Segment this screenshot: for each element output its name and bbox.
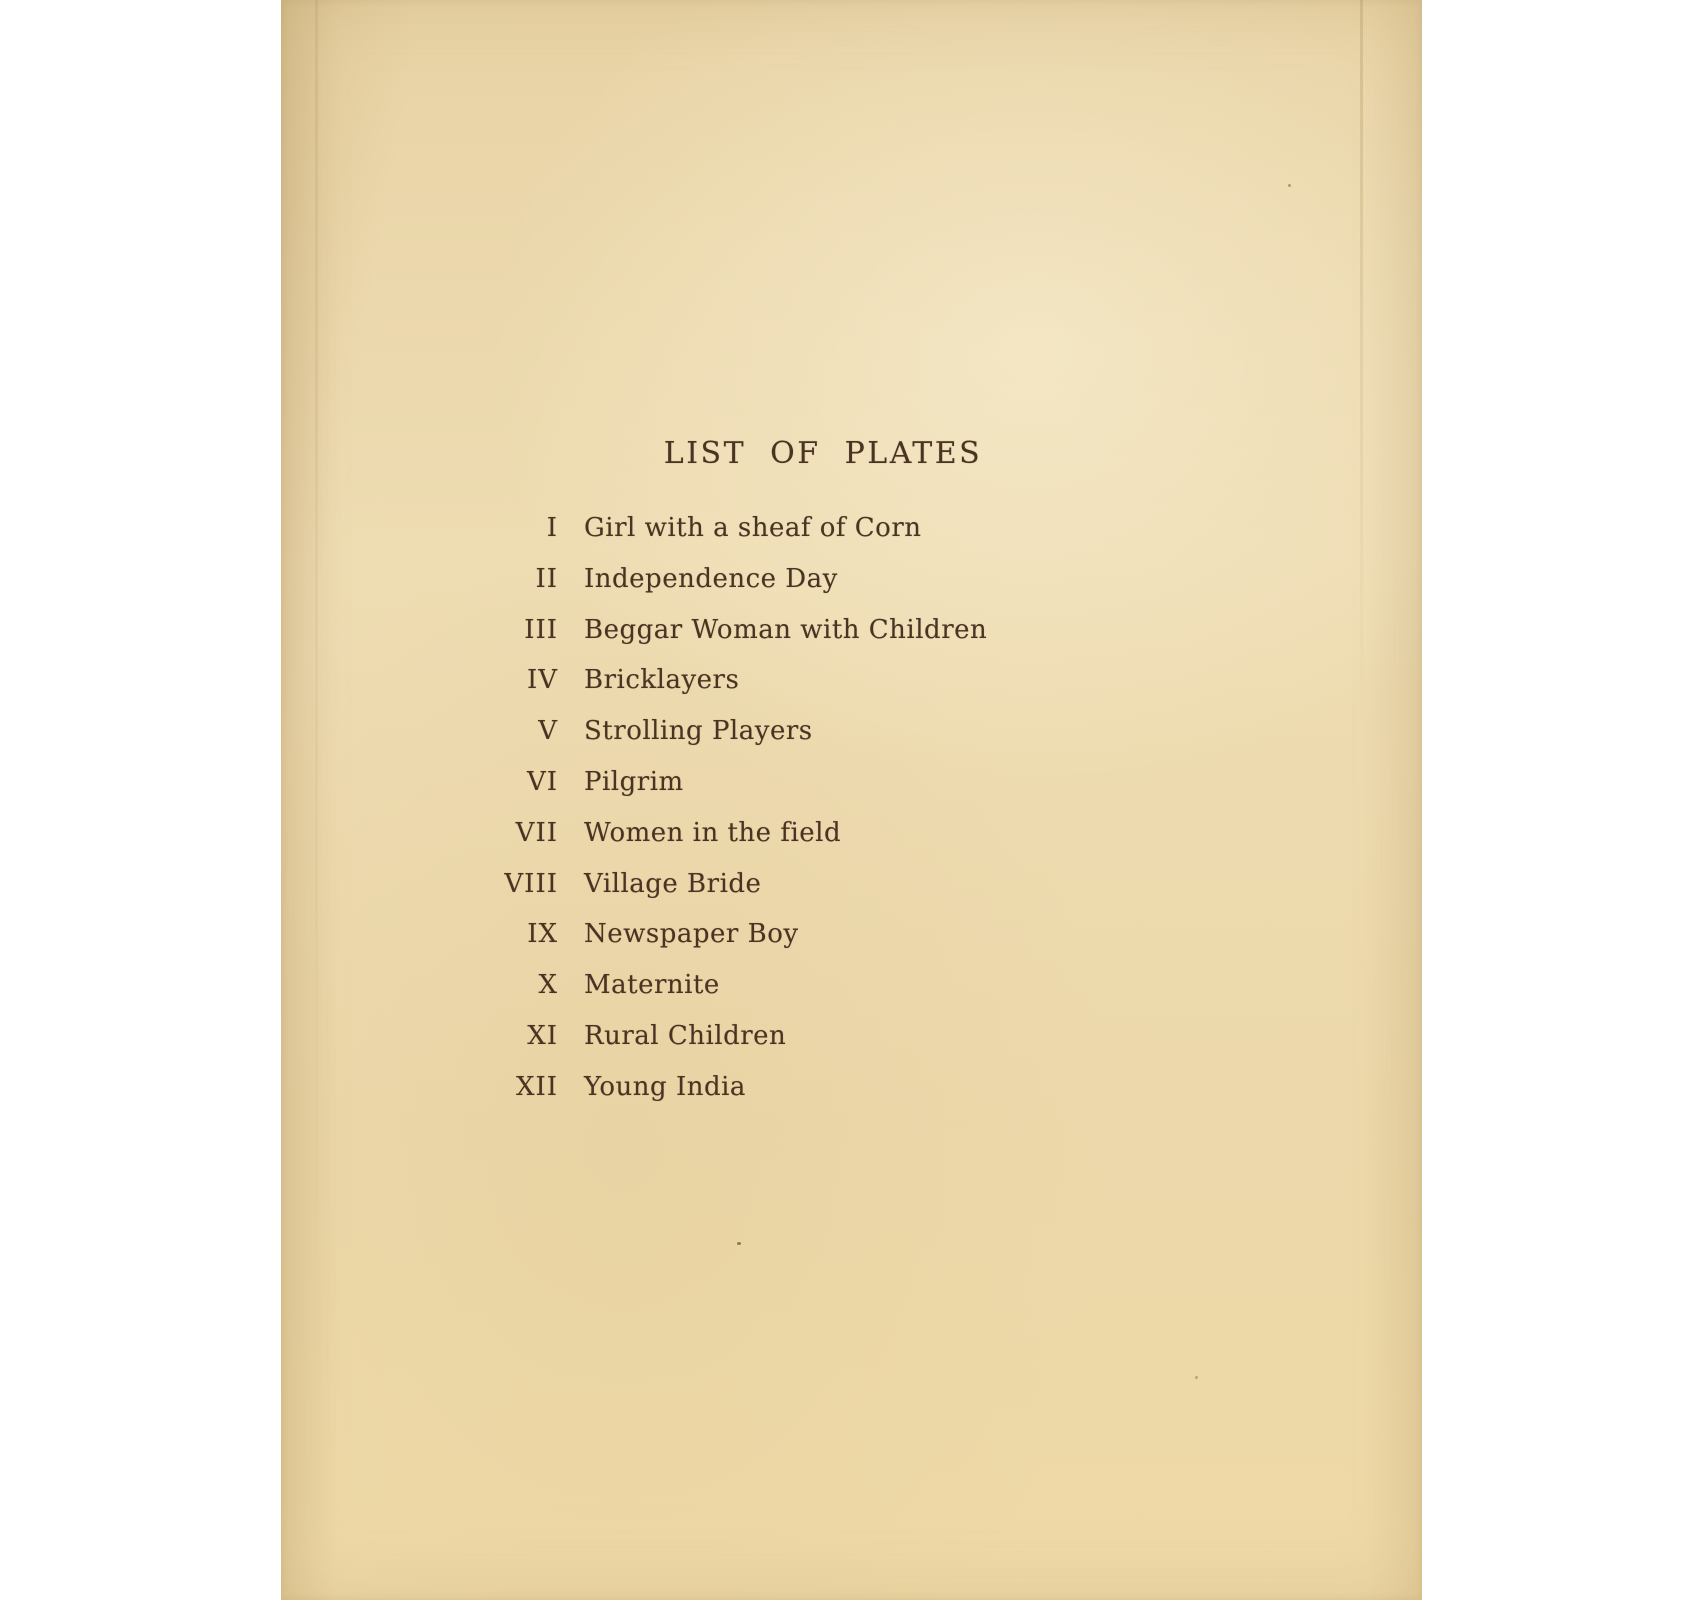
plate-numeral: V: [281, 706, 558, 757]
page-title: LIST OF PLATES: [664, 436, 982, 471]
plate-row: IV Bricklayers: [281, 655, 1422, 706]
plate-title: Bricklayers: [584, 655, 739, 706]
plate-title: Independence Day: [584, 554, 838, 605]
plate-numeral: XI: [281, 1011, 558, 1062]
plate-row: XII Young India: [281, 1062, 1422, 1113]
plate-title: Rural Children: [584, 1011, 786, 1062]
plate-row: VII Women in the field: [281, 808, 1422, 859]
plate-row: IX Newspaper Boy: [281, 909, 1422, 960]
plate-numeral: IV: [281, 655, 558, 706]
plate-row: II Independence Day: [281, 554, 1422, 605]
plate-row: X Maternite: [281, 960, 1422, 1011]
plate-numeral: X: [281, 960, 558, 1011]
plate-title: Women in the field: [584, 808, 841, 859]
plate-title: Newspaper Boy: [584, 909, 799, 960]
plate-title: Maternite: [584, 960, 720, 1011]
plate-row: V Strolling Players: [281, 706, 1422, 757]
paper-speck: [1195, 1376, 1198, 1379]
plate-title: Beggar Woman with Children: [584, 605, 987, 656]
plate-numeral: VIII: [281, 859, 558, 910]
plates-list: I Girl with a sheaf of Corn II Independe…: [281, 503, 1422, 1113]
paper-speck: [737, 1242, 741, 1245]
scan-background: LIST OF PLATES I Girl with a sheaf of Co…: [0, 0, 1700, 1600]
plate-row: VIII Village Bride: [281, 859, 1422, 910]
plate-numeral: III: [281, 605, 558, 656]
plate-numeral: XII: [281, 1062, 558, 1113]
plate-numeral: VI: [281, 757, 558, 808]
plate-title: Strolling Players: [584, 706, 813, 757]
paper-speck: [1288, 184, 1291, 187]
plate-title: Girl with a sheaf of Corn: [584, 503, 922, 554]
plate-numeral: II: [281, 554, 558, 605]
plate-title: Village Bride: [584, 859, 761, 910]
plate-row: I Girl with a sheaf of Corn: [281, 503, 1422, 554]
plate-numeral: I: [281, 503, 558, 554]
plate-numeral: VII: [281, 808, 558, 859]
plate-row: VI Pilgrim: [281, 757, 1422, 808]
plate-row: XI Rural Children: [281, 1011, 1422, 1062]
plate-title: Pilgrim: [584, 757, 684, 808]
plate-title: Young India: [584, 1062, 746, 1113]
plate-row: III Beggar Woman with Children: [281, 605, 1422, 656]
plate-numeral: IX: [281, 909, 558, 960]
book-page: LIST OF PLATES I Girl with a sheaf of Co…: [281, 0, 1422, 1600]
